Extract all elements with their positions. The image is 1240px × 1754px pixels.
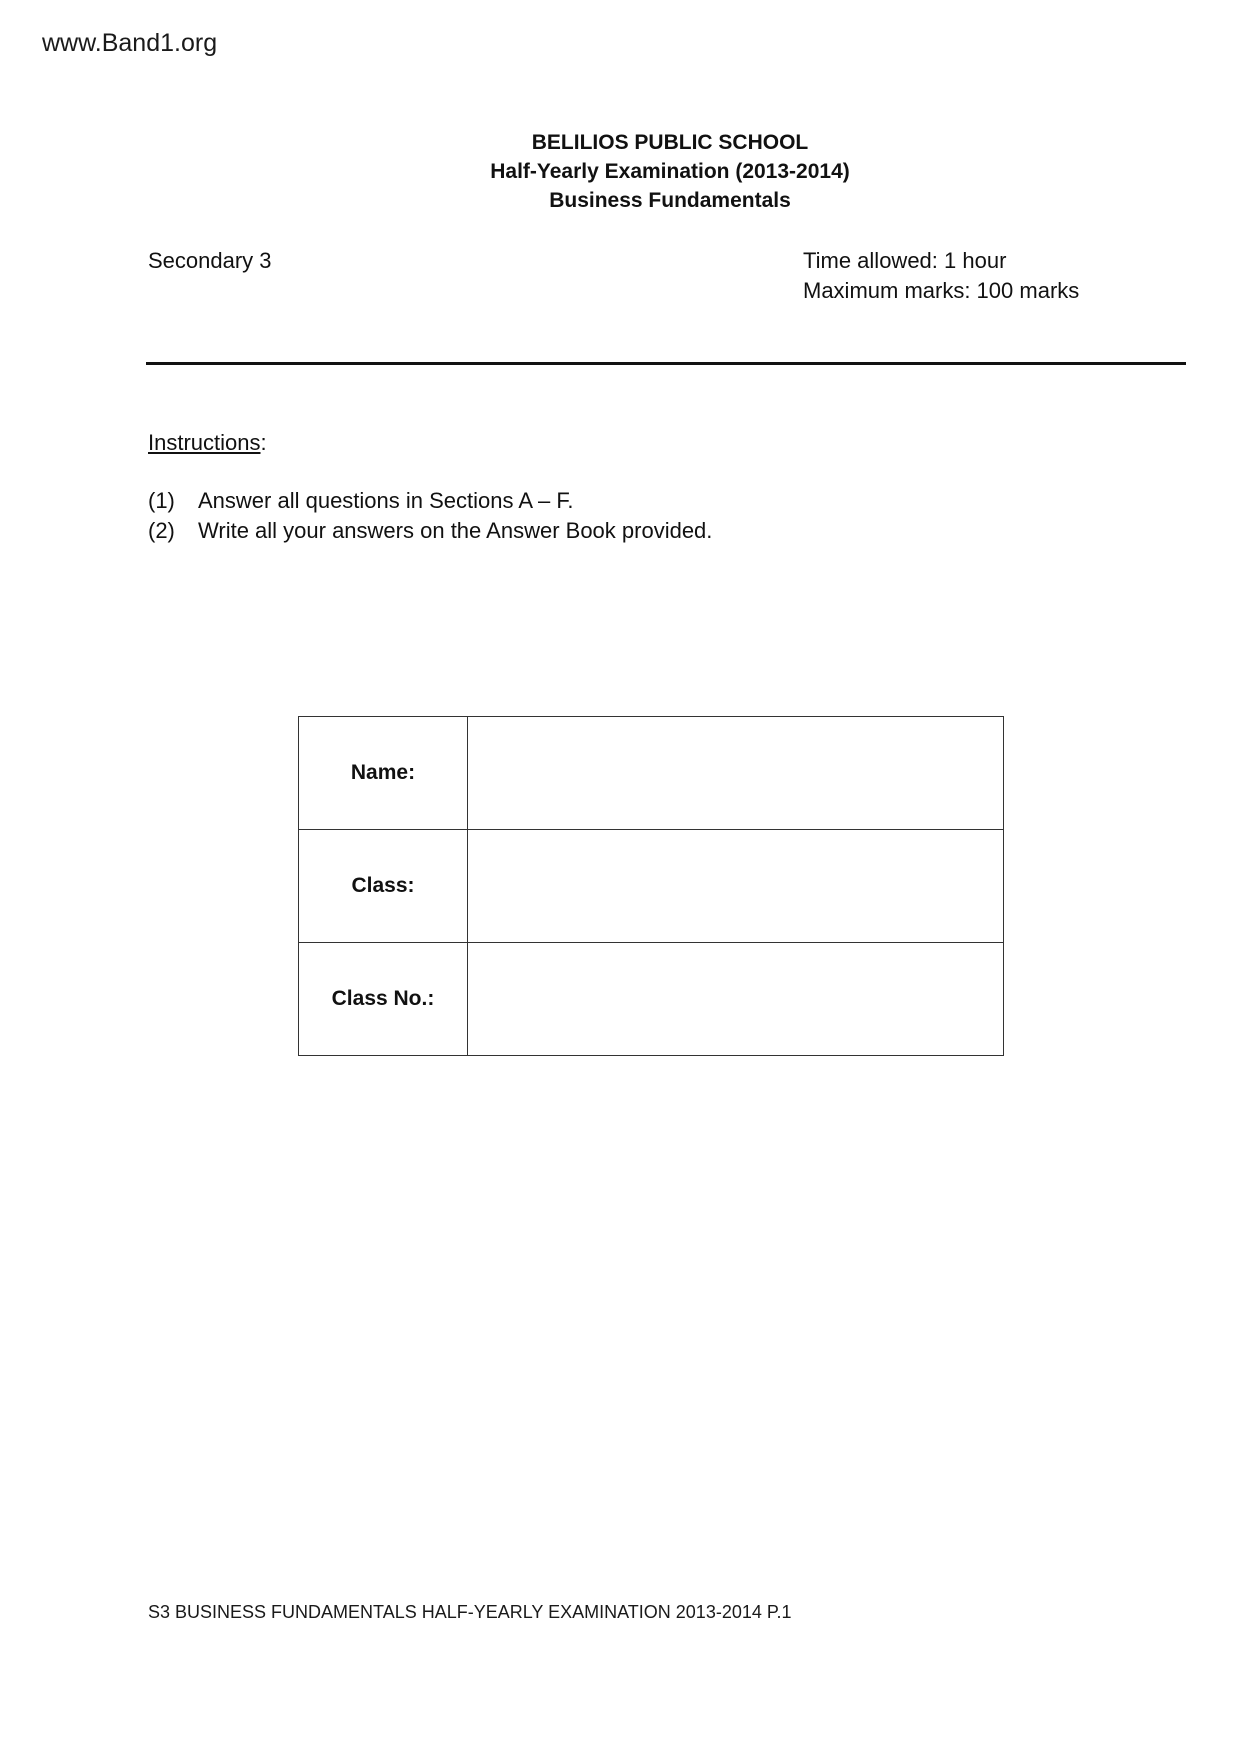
class-level: Secondary 3 <box>148 246 272 275</box>
horizontal-divider <box>146 362 1186 365</box>
watermark-link: www.Band1.org <box>42 28 217 58</box>
class-no-label: Class No.: <box>299 943 468 1056</box>
class-label: Class: <box>299 830 468 943</box>
exam-title: Half-Yearly Examination (2013-2014) <box>100 157 1240 186</box>
table-row: Class No.: <box>299 943 1004 1056</box>
name-label: Name: <box>299 717 468 830</box>
exam-header: BELILIOS PUBLIC SCHOOL Half-Yearly Exami… <box>0 128 1240 215</box>
instruction-text: Answer all questions in Sections A – F. <box>198 486 573 516</box>
instruction-number: (1) <box>148 486 198 516</box>
instructions-heading-colon: : <box>261 430 267 455</box>
table-row: Class: <box>299 830 1004 943</box>
time-allowed: Time allowed: 1 hour <box>803 246 1079 276</box>
instruction-item: (2) Write all your answers on the Answer… <box>148 516 712 546</box>
instructions-heading: Instructions: <box>148 428 267 457</box>
page-footer: S3 BUSINESS FUNDAMENTALS HALF-YEARLY EXA… <box>148 1600 792 1624</box>
exam-meta: Time allowed: 1 hour Maximum marks: 100 … <box>803 246 1079 306</box>
instructions-heading-text: Instructions <box>148 430 261 455</box>
table-row: Name: <box>299 717 1004 830</box>
class-field[interactable] <box>468 830 1004 943</box>
instruction-item: (1) Answer all questions in Sections A –… <box>148 486 712 516</box>
class-no-field[interactable] <box>468 943 1004 1056</box>
school-name: BELILIOS PUBLIC SCHOOL <box>100 128 1240 157</box>
maximum-marks: Maximum marks: 100 marks <box>803 276 1079 306</box>
student-info-table: Name: Class: Class No.: <box>298 716 1004 1056</box>
instruction-number: (2) <box>148 516 198 546</box>
instruction-text: Write all your answers on the Answer Boo… <box>198 516 712 546</box>
instructions-list: (1) Answer all questions in Sections A –… <box>148 486 712 546</box>
name-field[interactable] <box>468 717 1004 830</box>
subject-title: Business Fundamentals <box>100 186 1240 215</box>
